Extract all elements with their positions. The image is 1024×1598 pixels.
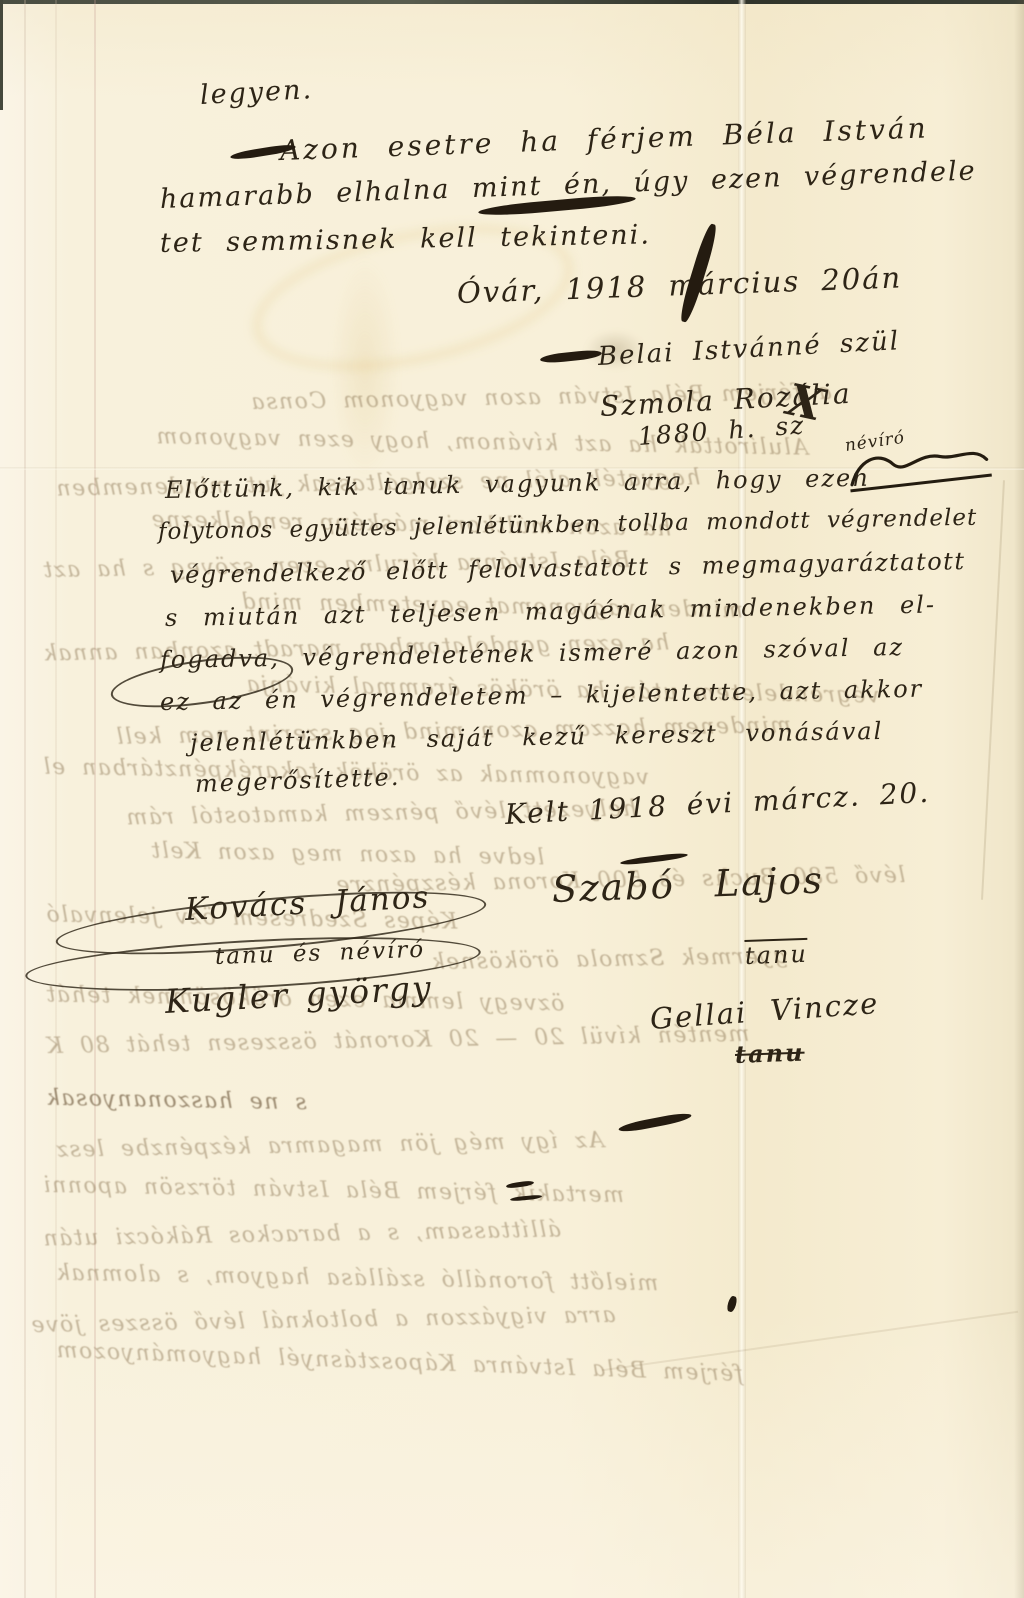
scan-edge-top-left — [0, 0, 3, 110]
bleedthrough-line: mertakik férjem Béla István törzsön apon… — [42, 1173, 624, 1208]
attestation-line: Előttünk, kik tanuk vagyunk arra, hogy e… — [165, 464, 870, 504]
ink-dash-lower-1 — [618, 1111, 692, 1134]
bleedthrough-line: állíttassam, s a barackos Rákóczi után — [42, 1217, 561, 1251]
bleedthrough-line: Az így még jön magamra kézpénzbe lesz — [55, 1128, 605, 1163]
ink-dash-before-name — [540, 349, 603, 364]
bleedthrough-line: férjem Béla Istvánra Káposztásnyél hagyo… — [55, 1338, 744, 1387]
place-date-line: Óvár, 1918 március 20án — [456, 260, 902, 310]
bleedthrough-line: ledve ha azon meg azon Kelt — [150, 839, 545, 871]
handwritten-line: Azon esetre ha férjem Béla István — [279, 111, 929, 167]
scan-edge-right — [1014, 0, 1024, 1598]
handwritten-line: legyen. — [199, 74, 314, 111]
bleedthrough-line: mentén kívül 20 — 20 Koronát összesen te… — [45, 1022, 750, 1059]
handwritten-line: tet semmisnek kell tekinteni. — [160, 219, 651, 259]
witness3-role: tanu — [734, 1038, 805, 1069]
testator-name-line: Belai Istvánné szül — [597, 326, 901, 372]
witness1-role: tanu — [745, 940, 809, 970]
paper-crease-right-diagonal — [981, 480, 1005, 900]
bleedthrough-line: gyermek Szmola örökösnek — [430, 944, 788, 975]
document-page: a férjem Béla István azon vagyonom Consa… — [0, 0, 1024, 1598]
witness1-signature: Szabó Lajos — [551, 859, 824, 911]
scan-edge-top — [0, 0, 1024, 4]
bleedthrough-line: arra vigyázzon a boltoknál lévő összes j… — [30, 1303, 616, 1338]
witness3-signature: Gellai Vincze — [649, 986, 881, 1036]
paper-crease-left-1 — [24, 0, 26, 1598]
bleedthrough-line: s ne haszonanyosak — [45, 1086, 307, 1116]
bleedthrough-line: mielőtt foronálló szállása hagyom, s alo… — [55, 1261, 659, 1297]
attestation-line: megerősítette. — [195, 763, 401, 798]
ink-blob-lower — [726, 1295, 738, 1313]
